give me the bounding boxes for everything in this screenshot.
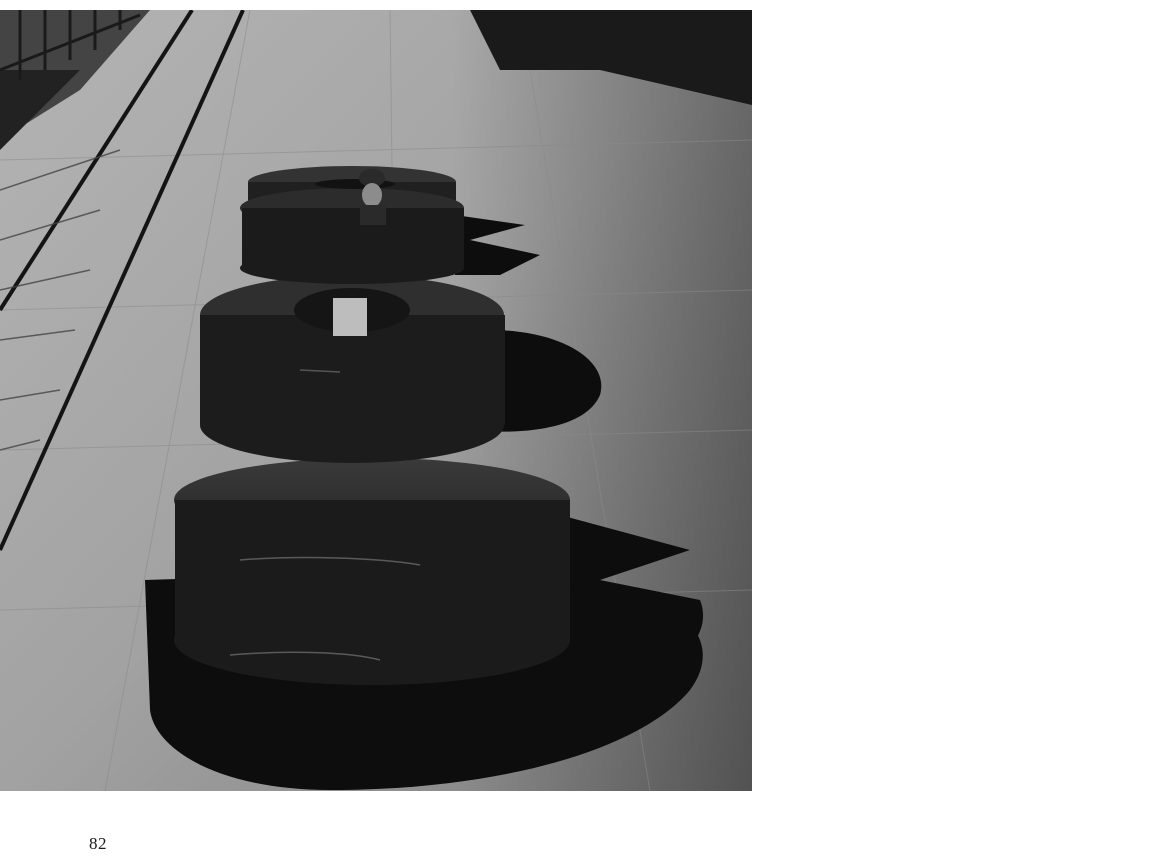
- page-number: 82: [89, 834, 107, 854]
- sculpture-photograph: [0, 10, 752, 791]
- ring-opening: [333, 298, 367, 336]
- photo-illustration: [0, 10, 752, 791]
- sculpture-top: [240, 166, 464, 284]
- sculpture-middle: [200, 275, 505, 463]
- sculpture-large: [174, 458, 570, 685]
